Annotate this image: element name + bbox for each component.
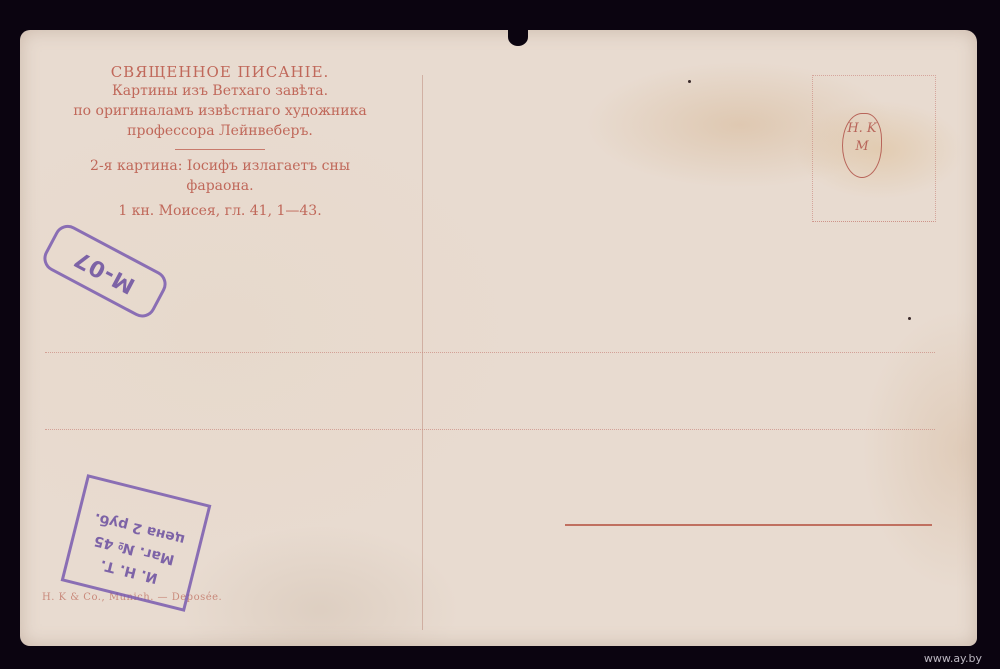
description-block: СВЯЩЕННОЕ ПИСАНІЕ. Картины изъ Ветхаго з… <box>50 63 390 222</box>
series-artist: профессора Лейнвеберъ. <box>50 121 390 141</box>
paper-spot <box>908 317 911 320</box>
address-line-2 <box>45 429 935 430</box>
card-edge-notch <box>508 28 528 46</box>
picture-caption-2: фараона. <box>50 176 390 196</box>
picture-caption-1: 2-я картина: Іосифъ излагаетъ сны <box>50 156 390 176</box>
postcard-back: СВЯЩЕННОЕ ПИСАНІЕ. Картины изъ Ветхаго з… <box>20 30 977 646</box>
series-title: СВЯЩЕННОЕ ПИСАНІЕ. <box>50 63 390 81</box>
site-watermark: www.ay.by <box>924 652 982 665</box>
header-separator <box>175 149 265 150</box>
address-line-1 <box>45 352 935 353</box>
publisher-monogram-icon: H. K M <box>842 113 882 178</box>
series-subtitle: Картины изъ Ветхаго завѣта. <box>50 81 390 101</box>
paper-spot <box>688 80 691 83</box>
address-line-3 <box>565 524 932 526</box>
series-origin: по оригиналамъ извѣстнаго художника <box>50 101 390 121</box>
catalog-stamp-text: М-07 <box>66 236 145 306</box>
catalog-stamp: М-07 <box>39 220 172 322</box>
bible-reference: 1 кн. Моисея, гл. 41, 1—43. <box>50 200 390 222</box>
